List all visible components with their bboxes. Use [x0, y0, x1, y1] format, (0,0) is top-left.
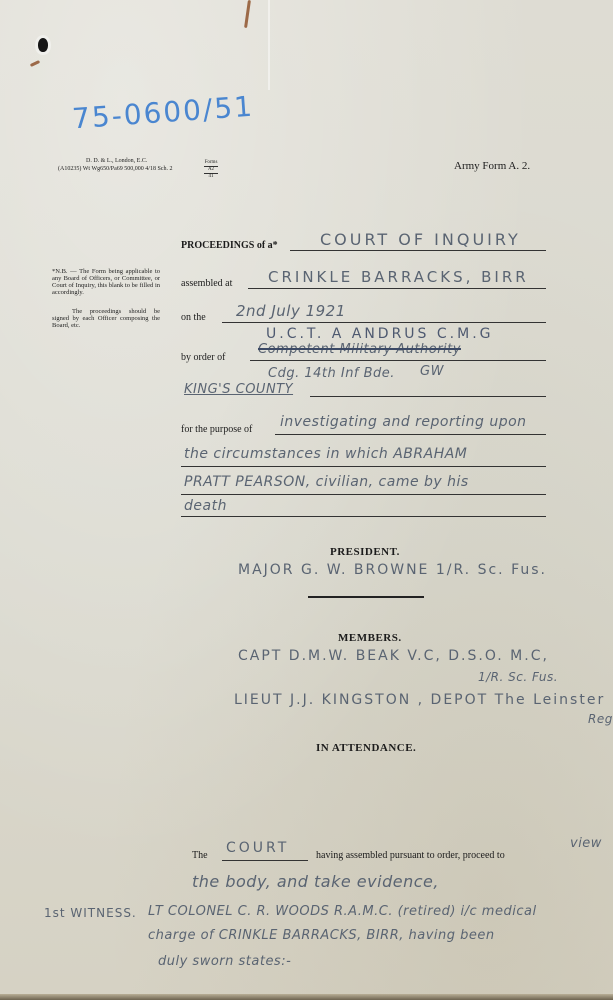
county-rule — [310, 396, 546, 397]
order-struck-text: Competent Military Authority — [258, 342, 461, 357]
order-initials: GW — [420, 364, 444, 379]
purpose-line-4: death — [184, 498, 227, 514]
rust-stain — [30, 60, 40, 67]
fraction-top: Forms — [204, 160, 218, 167]
order-brigade: Cdg. 14th Inf Bde. — [268, 366, 395, 381]
side-note: *N.B. — The Form being applicable to any… — [52, 268, 160, 341]
rust-stain — [244, 0, 251, 28]
document-page: 75-0600/51 D. D. & L., London, E.C. (A10… — [0, 0, 613, 1000]
witness-line-2: charge of CRINKLE BARRACKS, BIRR, having… — [148, 928, 495, 943]
assembled-label: assembled at — [181, 278, 232, 289]
purpose-rule-1 — [275, 434, 546, 435]
court-the-label: The — [192, 850, 208, 861]
purpose-line-1: investigating and reporting upon — [280, 414, 527, 430]
witness-line-3: duly sworn states:- — [158, 954, 291, 969]
purpose-line-2: the circumstances in which ABRAHAM — [184, 446, 467, 462]
paper-crease — [268, 0, 270, 90]
assembled-rule — [248, 288, 546, 289]
body-line-2: the body, and take evidence, — [192, 872, 439, 891]
member-2: LIEUT J.J. KINGSTON , DEPOT The Leinster — [234, 692, 605, 708]
purpose-label: for the purpose of — [181, 424, 252, 435]
date-value: 2nd July 1921 — [236, 302, 346, 320]
president-rule — [308, 596, 424, 598]
form-fraction: Forms A2 41 — [204, 160, 218, 180]
fraction-mid: A2 — [204, 167, 218, 174]
order-label: by order of — [181, 352, 225, 363]
printer-line-2: (A10235) Wt Wg650/Pa69 500,000 4/18 Sch.… — [58, 166, 172, 173]
proceedings-value: COURT OF INQUIRY — [320, 230, 521, 249]
court-rule — [222, 860, 308, 861]
witness-line-1: LT COLONEL C. R. WOODS R.A.M.C. (retired… — [148, 904, 537, 919]
date-rule — [222, 322, 546, 323]
member-2-unit: Regt — [588, 712, 613, 726]
purpose-line-3: PRATT PEARSON, civilian, came by his — [184, 474, 469, 490]
witness-label: 1st WITNESS. — [44, 906, 137, 920]
fraction-bottom: 41 — [204, 174, 218, 180]
president-name: MAJOR G. W. BROWNE 1/R. Sc. Fus. — [238, 562, 547, 578]
side-note-para-1: *N.B. — The Form being applicable to any… — [52, 268, 160, 296]
proceedings-label: PROCEEDINGS of a* — [181, 240, 278, 251]
assembled-pursuant-text: having assembled pursuant to order, proc… — [316, 850, 505, 861]
purpose-rule-3 — [181, 494, 546, 495]
order-commander: U.C.T. A ANDRUS C.M.G — [266, 326, 494, 342]
printer-line-1: D. D. & L., London, E.C. — [86, 158, 147, 165]
page-bottom-edge — [0, 994, 613, 1000]
purpose-rule-2 — [181, 466, 546, 467]
order-rule — [250, 360, 546, 361]
proceedings-rule — [290, 250, 546, 251]
punch-hole — [38, 38, 48, 52]
court-value: COURT — [226, 840, 289, 856]
reference-number: 75-0600/51 — [71, 90, 255, 136]
order-county: KING'S COUNTY — [184, 382, 293, 397]
purpose-rule-4 — [181, 516, 546, 517]
side-note-para-2: The proceedings should be signed by each… — [52, 308, 160, 329]
president-heading: PRESIDENT. — [330, 546, 400, 558]
member-1-unit: 1/R. Sc. Fus. — [478, 670, 558, 684]
date-label: on the — [181, 312, 206, 323]
assembled-value: CRINKLE BARRACKS, BIRR — [268, 268, 529, 286]
form-id: Army Form A. 2. — [454, 160, 530, 172]
continuation-word: view — [570, 836, 602, 851]
member-1: CAPT D.M.W. BEAK V.C, D.S.O. M.C, — [238, 648, 549, 664]
attendance-heading: IN ATTENDANCE. — [316, 742, 416, 754]
members-heading: MEMBERS. — [338, 632, 402, 644]
